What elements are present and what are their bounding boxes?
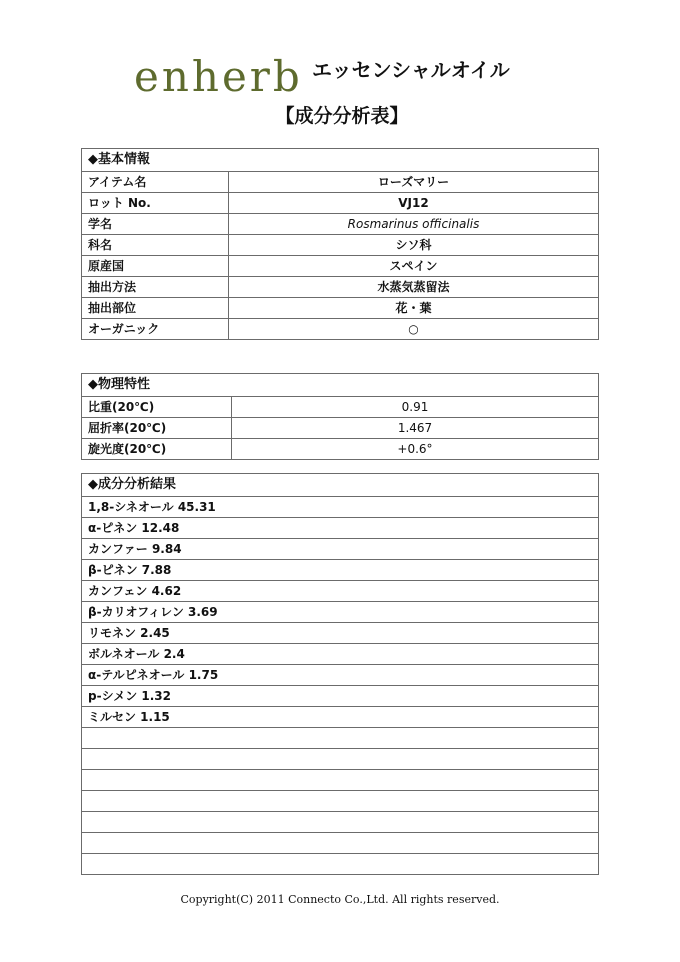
product-type: エッセンシャルオイル xyxy=(312,60,510,80)
row-value: 水蒸気蒸留法 xyxy=(229,277,599,298)
empty-cell xyxy=(82,749,599,770)
table-row-empty xyxy=(82,770,599,791)
table-row: 抽出部位 花・葉 xyxy=(82,298,599,319)
row-label: 旋光度(20℃) xyxy=(82,439,232,460)
component-entry: 1,8-シネオール 45.31 xyxy=(82,497,599,518)
component-entry: リモネン 2.45 xyxy=(82,623,599,644)
table-row: 旋光度(20℃) +0.6° xyxy=(82,439,599,460)
row-value: スペイン xyxy=(229,256,599,277)
analysis-results-table: ◆成分分析結果 1,8-シネオール 45.31 α-ピネン 12.48 カンファ… xyxy=(81,473,599,875)
table-row: リモネン 2.45 xyxy=(82,623,599,644)
row-label: アイテム名 xyxy=(82,172,229,193)
component-entry: α-テルピネオール 1.75 xyxy=(82,665,599,686)
table-row-empty xyxy=(82,854,599,875)
section-header-row: ◆基本情報 xyxy=(82,149,599,172)
table-row: ボルネオール 2.4 xyxy=(82,644,599,665)
row-label: 学名 xyxy=(82,214,229,235)
table-row: β-カリオフィレン 3.69 xyxy=(82,602,599,623)
table-row: 比重(20℃) 0.91 xyxy=(82,397,599,418)
table-row: 科名 シソ科 xyxy=(82,235,599,256)
row-label: 屈折率(20℃) xyxy=(82,418,232,439)
component-entry: p-シメン 1.32 xyxy=(82,686,599,707)
table-row: カンファー 9.84 xyxy=(82,539,599,560)
row-value: 花・葉 xyxy=(229,298,599,319)
row-label: 原産国 xyxy=(82,256,229,277)
basic-info-table: ◆基本情報 アイテム名 ローズマリー ロット No. VJ12 学名 Rosma… xyxy=(81,148,599,340)
table-row: 抽出方法 水蒸気蒸留法 xyxy=(82,277,599,298)
component-entry: β-カリオフィレン 3.69 xyxy=(82,602,599,623)
empty-cell xyxy=(82,833,599,854)
organic-mark: ○ xyxy=(229,319,599,340)
copyright-notice: Copyright(C) 2011 Connecto Co.,Ltd. All … xyxy=(0,893,680,906)
table-row: α-ピネン 12.48 xyxy=(82,518,599,539)
row-label: 抽出部位 xyxy=(82,298,229,319)
table-row: 屈折率(20℃) 1.467 xyxy=(82,418,599,439)
row-label: 抽出方法 xyxy=(82,277,229,298)
table-row: アイテム名 ローズマリー xyxy=(82,172,599,193)
section-heading: ◆物理特性 xyxy=(82,374,599,397)
table-row: ロット No. VJ12 xyxy=(82,193,599,214)
component-entry: β-ピネン 7.88 xyxy=(82,560,599,581)
empty-cell xyxy=(82,854,599,875)
brand-logo: enherb xyxy=(134,56,303,98)
section-heading: ◆成分分析結果 xyxy=(82,474,599,497)
empty-cell xyxy=(82,728,599,749)
row-label: 科名 xyxy=(82,235,229,256)
table-row: 1,8-シネオール 45.31 xyxy=(82,497,599,518)
table-row: 学名 Rosmarinus officinalis xyxy=(82,214,599,235)
table-row-empty xyxy=(82,728,599,749)
row-value: ローズマリー xyxy=(229,172,599,193)
table-row: カンフェン 4.62 xyxy=(82,581,599,602)
table-row-empty xyxy=(82,833,599,854)
component-entry: ボルネオール 2.4 xyxy=(82,644,599,665)
row-value: Rosmarinus officinalis xyxy=(229,214,599,235)
row-label: ロット No. xyxy=(82,193,229,214)
document-title: 【成分分析表】 xyxy=(0,107,680,126)
table-row-empty xyxy=(82,791,599,812)
component-entry: ミルセン 1.15 xyxy=(82,707,599,728)
row-value: VJ12 xyxy=(229,193,599,214)
section-header-row: ◆成分分析結果 xyxy=(82,474,599,497)
table-row: p-シメン 1.32 xyxy=(82,686,599,707)
section-heading: ◆基本情報 xyxy=(82,149,599,172)
table-row: 原産国 スペイン xyxy=(82,256,599,277)
component-entry: カンフェン 4.62 xyxy=(82,581,599,602)
empty-cell xyxy=(82,770,599,791)
row-value: 0.91 xyxy=(232,397,599,418)
section-header-row: ◆物理特性 xyxy=(82,374,599,397)
row-value: シソ科 xyxy=(229,235,599,256)
row-label: 比重(20℃) xyxy=(82,397,232,418)
row-value: 1.467 xyxy=(232,418,599,439)
empty-cell xyxy=(82,791,599,812)
empty-cell xyxy=(82,812,599,833)
row-value: +0.6° xyxy=(232,439,599,460)
component-entry: α-ピネン 12.48 xyxy=(82,518,599,539)
physical-properties-table: ◆物理特性 比重(20℃) 0.91 屈折率(20℃) 1.467 旋光度(20… xyxy=(81,373,599,460)
table-row: β-ピネン 7.88 xyxy=(82,560,599,581)
table-row-empty xyxy=(82,749,599,770)
table-row: α-テルピネオール 1.75 xyxy=(82,665,599,686)
table-row: ミルセン 1.15 xyxy=(82,707,599,728)
row-label: オーガニック xyxy=(82,319,229,340)
table-row-empty xyxy=(82,812,599,833)
table-row: オーガニック ○ xyxy=(82,319,599,340)
component-entry: カンファー 9.84 xyxy=(82,539,599,560)
